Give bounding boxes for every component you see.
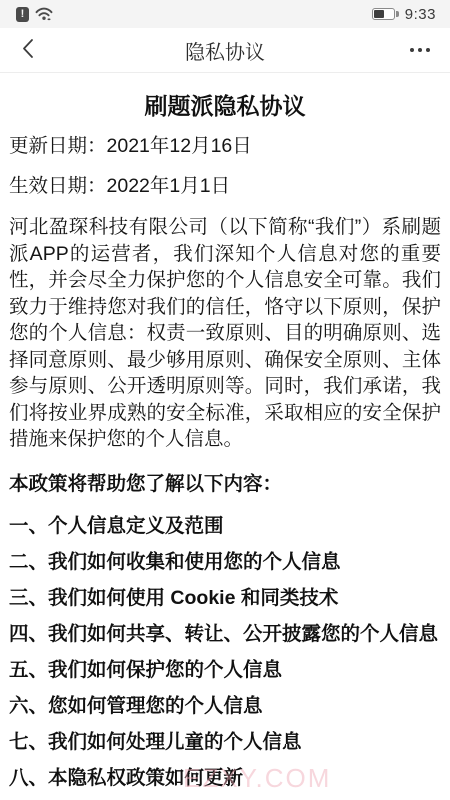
toc-item: 六、您如何管理您的个人信息 (9, 693, 441, 719)
wifi-icon (35, 7, 54, 22)
toc-item: 八、本隐私权政策如何更新 (9, 765, 441, 791)
updated-date: 更新日期：2021年12月16日 (9, 133, 441, 160)
status-bar: ! 9:33 (0, 0, 450, 28)
battery-fill (374, 10, 384, 18)
status-bar-right: 9:33 (372, 6, 436, 23)
sim-alert-icon: ! (16, 7, 29, 22)
effective-date: 生效日期：2022年1月1日 (9, 173, 441, 200)
privacy-policy-document: 刷题派隐私协议 更新日期：2021年12月16日 生效日期：2022年1月1日 … (0, 73, 450, 800)
clock-text: 9:33 (405, 6, 436, 23)
page-title: 隐私协议 (0, 36, 450, 65)
toc-heading: 本政策将帮助您了解以下内容： (9, 471, 441, 497)
intro-paragraph: 河北盈琛科技有限公司（以下简称“我们”）系刷题派APP的运营者，我们深知个人信息… (9, 214, 441, 453)
document-title: 刷题派隐私协议 (9, 91, 441, 121)
toc-item: 二、我们如何收集和使用您的个人信息 (9, 549, 441, 575)
status-bar-left: ! (16, 7, 54, 22)
ellipsis-icon (410, 48, 414, 52)
nav-bar: 隐私协议 (0, 28, 450, 73)
toc-item: 一、个人信息定义及范围 (9, 513, 441, 539)
chevron-left-icon (22, 38, 34, 62)
toc-item: 五、我们如何保护您的个人信息 (9, 657, 441, 683)
toc-item: 三、我们如何使用 Cookie 和同类技术 (9, 585, 441, 611)
toc-item: 七、我们如何处理儿童的个人信息 (9, 729, 441, 755)
back-button[interactable] (10, 28, 46, 72)
more-button[interactable] (400, 28, 440, 72)
battery-icon (372, 8, 399, 20)
toc-item: 四、我们如何共享、转让、公开披露您的个人信息 (9, 621, 441, 647)
phone-screen: ! 9:33 (0, 0, 450, 800)
